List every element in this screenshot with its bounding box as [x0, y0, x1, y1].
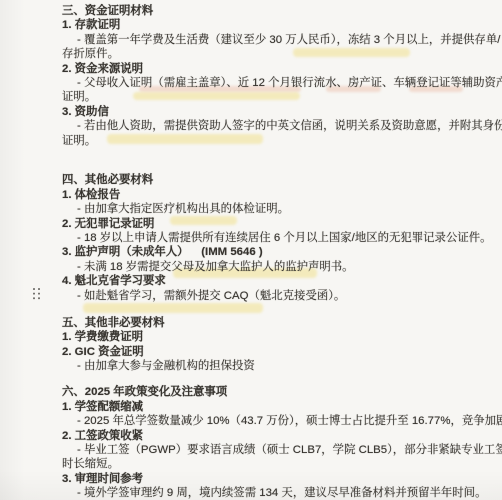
continuation-line[interactable]: 证明。: [62, 90, 454, 104]
list-item-heading[interactable]: 3. 审理时间参考: [62, 472, 454, 486]
bullet-line[interactable]: - 由加拿大参与金融机构的担保投资: [62, 359, 454, 373]
bullet-line[interactable]: - 覆盖第一年学费及生活费（建议至少 30 万人民币），冻结 3 个月以上，并提…: [62, 33, 454, 47]
bullet-line[interactable]: - 未满 18 岁需提交父母及加拿大监护人的监护声明书。: [62, 260, 454, 274]
drag-handle-dots: [33, 288, 35, 290]
list-item-heading[interactable]: 1. 学费缴费证明: [62, 330, 454, 344]
bullet-line[interactable]: - 如赴魁省学习，需额外提交 CAQ（魁北克接受函）。: [62, 289, 454, 303]
list-item-heading[interactable]: 2. 资金来源说明: [62, 62, 454, 76]
drag-handle-icon[interactable]: [31, 286, 43, 301]
bullet-line[interactable]: - 父母收入证明（需雇主盖章）、近 12 个月银行流水、房产证、车辆登记证等辅助…: [62, 76, 454, 90]
continuation-line[interactable]: 证明。: [62, 134, 454, 148]
list-item-heading[interactable]: 2. 工签政策收紧: [62, 429, 454, 443]
document-body: 三、资金证明材料 1. 存款证明 - 覆盖第一年学费及生活费（建议至少 30 万…: [62, 4, 454, 500]
list-item-heading[interactable]: 1. 体检报告: [62, 188, 454, 202]
bullet-line[interactable]: - 2025 年总学签数量减少 10%（43.7 万份），硕士博士占比提升至 1…: [62, 414, 454, 428]
list-item-heading[interactable]: 3. 资助信: [62, 105, 454, 119]
section-heading[interactable]: 四、其他必要材料: [62, 173, 454, 187]
bullet-line[interactable]: - 18 岁以上申请人需提供所有连续居住 6 个月以上国家/地区的无犯罪记录公证…: [62, 231, 454, 245]
document-page: 三、资金证明材料 1. 存款证明 - 覆盖第一年学费及生活费（建议至少 30 万…: [0, 0, 502, 500]
bullet-line[interactable]: - 毕业工签（PGWP）要求语言成绩（硕士 CLB7，学院 CLB5），部分非紧…: [62, 443, 454, 457]
list-item-heading[interactable]: 1. 学签配额缩减: [62, 400, 454, 414]
list-item-heading[interactable]: 1. 存款证明: [62, 18, 454, 32]
bullet-line[interactable]: - 若由他人资助，需提供资助人签字的中英文信函，说明关系及资助意愿，并附其身份: [62, 119, 454, 133]
bullet-line[interactable]: - 境外学签审理约 9 周，境内续签需 134 天，建议尽早准备材料并预留半年时…: [62, 486, 454, 500]
section-heading[interactable]: 六、2025 年政策变化及注意事项: [62, 385, 454, 399]
bullet-line[interactable]: - 由加拿大指定医疗机构出具的体检证明。: [62, 202, 454, 216]
section-heading[interactable]: 三、资金证明材料: [62, 4, 454, 18]
section-heading[interactable]: 五、其他非必要材料: [62, 316, 454, 330]
continuation-line[interactable]: 时长缩短。: [62, 457, 454, 471]
list-item-heading[interactable]: 4. 魁北克省学习要求: [62, 274, 454, 288]
list-item-heading[interactable]: 3. 监护声明（未成年人） (IMM 5646 ): [62, 245, 454, 259]
continuation-line[interactable]: 存折原件。: [62, 47, 454, 61]
list-item-heading[interactable]: 2. 无犯罪记录证明: [62, 217, 454, 231]
list-item-heading[interactable]: 2. GIC 资金证明: [62, 345, 454, 359]
